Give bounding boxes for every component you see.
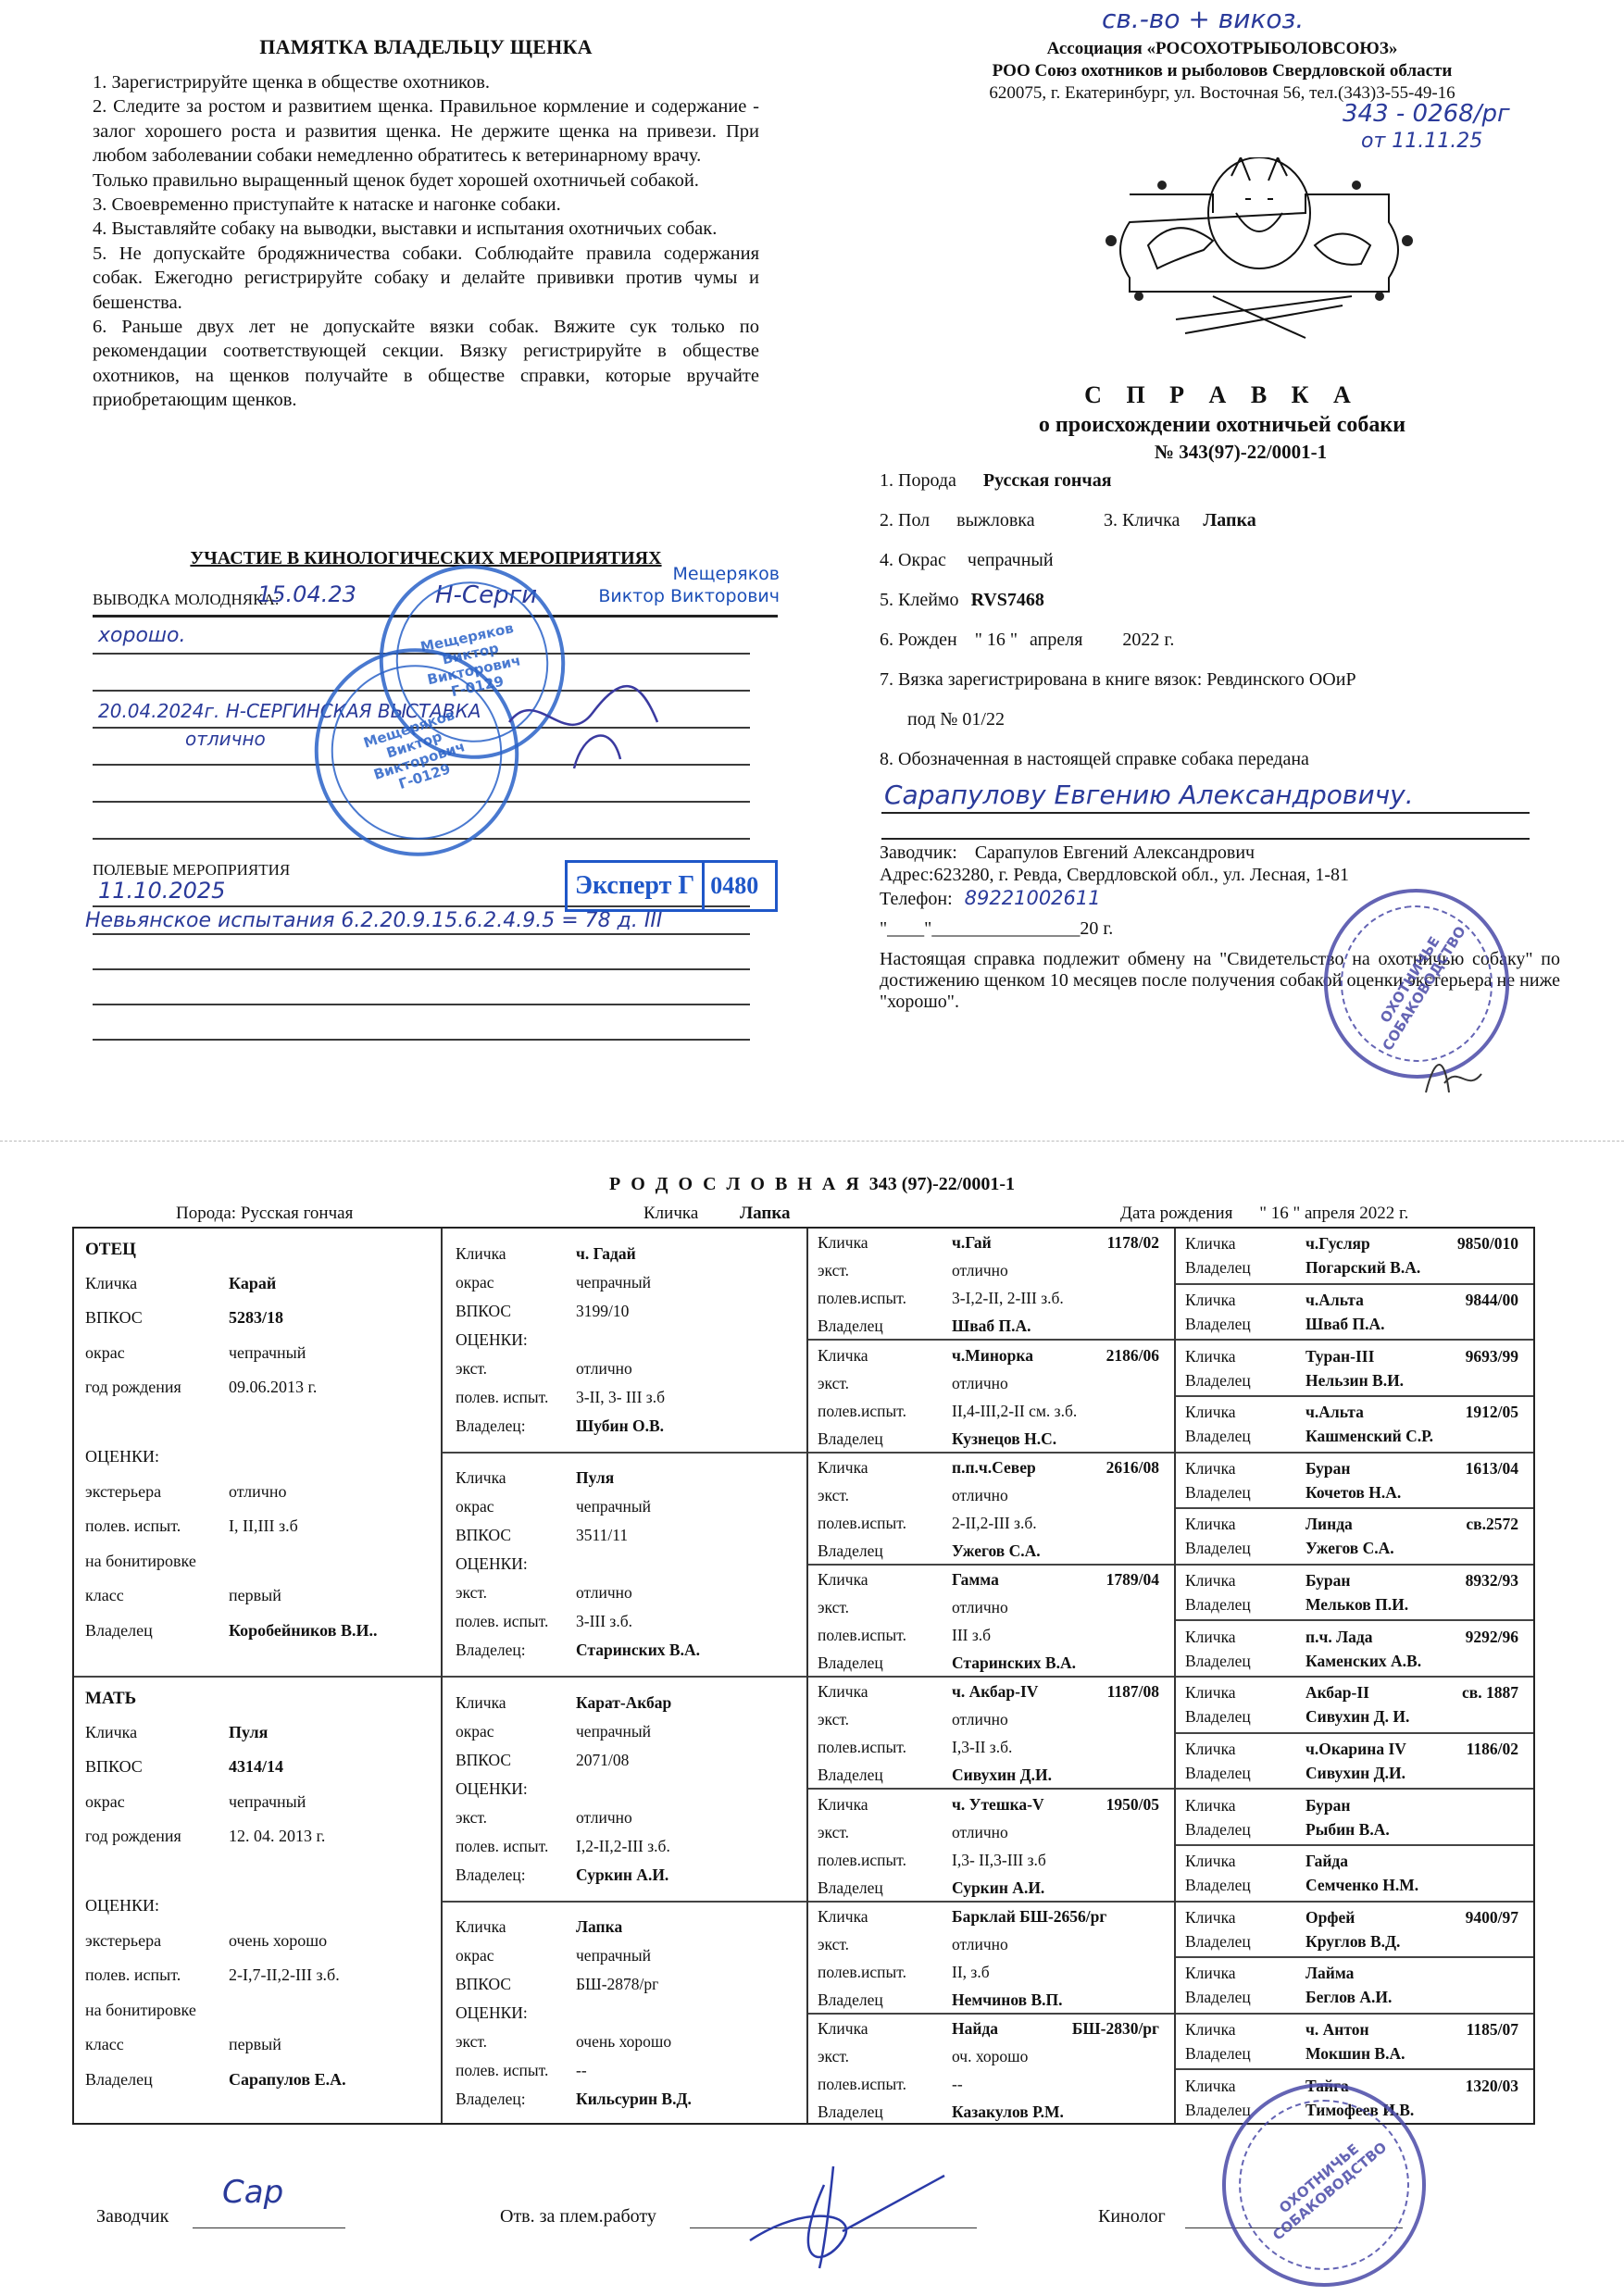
pedigree-dob: Дата рождения " 16 " апреля 2022 г. — [1120, 1204, 1408, 1224]
row-value: Немчинов В.П. — [952, 1992, 1165, 2009]
row-value: 3511/11 — [576, 1528, 793, 1544]
row-label: Владелец — [1185, 1541, 1305, 1557]
row-value: Гайда — [1305, 1853, 1518, 1870]
row-value: Кочетов Н.А. — [1305, 1485, 1524, 1502]
pedigree-row: ВладелецШваб П.А. — [1185, 1313, 1524, 1337]
row-label: Владелец — [818, 1767, 952, 1784]
row-value: Лайма — [1305, 1965, 1518, 1982]
pedigree-row: Кличкач.Окарина IV1186/02 — [1185, 1738, 1524, 1762]
row-value: I,3- II,3-III з.б — [952, 1853, 1165, 1869]
pedigree-row: окрасчепрачный — [85, 1784, 430, 1819]
row-label: Владелец — [1185, 1653, 1305, 1670]
field-label: 5. Клеймо — [880, 590, 959, 610]
row-value: Сарапулов Е.А. — [229, 2071, 430, 2088]
pedigree-table: ОТЕЦ КличкаКарайВПКОС5283/18окрасчепрачн… — [72, 1227, 1535, 2125]
row-label: Кличка — [818, 1348, 952, 1365]
parent-rows: КличкаКарайВПКОС5283/18окрасчепрачныйгод… — [85, 1266, 430, 1648]
expert-name-stamp: Мещеряков Виктор Викторович — [631, 563, 780, 607]
row-label: окрас — [85, 1344, 229, 1361]
pedigree-row: ВладелецМокшин В.А. — [1185, 2042, 1524, 2066]
pedigree-row: ВладелецСтаринских В.А. — [818, 1650, 1165, 1678]
row-label: полев.испыт. — [818, 1404, 952, 1420]
row-value: Нельзин В.И. — [1305, 1373, 1524, 1390]
row-value: первый — [229, 2036, 430, 2053]
handwritten-reg-date: от 11.11.25 — [1361, 130, 1482, 153]
pedigree-row — [85, 1853, 430, 1889]
great-great-grandparent-cell: КличкаБуранВладелецРыбин В.А. — [1176, 1790, 1533, 1846]
field-sex: 2. Пол выжловка — [880, 510, 1035, 531]
pedigree-row: ВладелецНельзин В.И. — [1185, 1368, 1524, 1392]
great-great-grandparent-cell: КличкаЛиндасв.2572ВладелецУжегов С.А. — [1176, 1509, 1533, 1566]
field-value: Сарапулов Евгений Александрович — [975, 842, 1255, 863]
great-grandparent-cell: КличкаНайдаБШ-2830/ргэкст.оч. хорошополе… — [808, 2015, 1174, 2127]
great-great-grandparent-cell: Кличкап.ч. Лада9292/96ВладелецКаменских … — [1176, 1621, 1533, 1678]
row-number: 1613/04 — [1466, 1461, 1524, 1478]
pedigree-row: полев. испыт.3-II, 3- III з.б — [456, 1383, 793, 1412]
row-value: Кузнецов Н.С. — [952, 1431, 1165, 1448]
transfer-recipient-handwritten: Сарапулову Евгению Александровичу. — [884, 780, 1414, 810]
born-day: " 16 " — [975, 630, 1018, 650]
cynologist-label: Кинолог — [1098, 2206, 1166, 2227]
row-label: окрас — [456, 1499, 576, 1516]
stamp-label: Эксперт Г — [568, 863, 705, 909]
pedigree-breed: Порода: Русская гончая — [176, 1204, 353, 1224]
row-label: полев. испыт. — [456, 2063, 576, 2079]
row-value: ч. Утешка-V — [952, 1797, 1106, 1814]
field-value: выжловка — [956, 510, 1034, 530]
row-value: чепрачный — [576, 1275, 793, 1291]
row-value: отлично — [952, 1376, 1165, 1392]
row-label: год рождения — [85, 1828, 229, 1844]
row-value: Шваб П.А. — [952, 1318, 1165, 1335]
pedigree-row: ВПКОС3199/10 — [456, 1297, 793, 1326]
row-label: Владелец — [1185, 1822, 1305, 1839]
pedigree-row: ВладелецШваб П.А. — [818, 1313, 1165, 1341]
pedigree-row: ВПКОС3511/11 — [456, 1522, 793, 1551]
row-label: Кличка — [1185, 1461, 1305, 1478]
pedigree-row: ОЦЕНКИ: — [85, 1889, 430, 1924]
row-value: I,2-II,2-III з.б. — [576, 1839, 793, 1855]
row-label: Кличка — [1185, 1798, 1305, 1815]
row-value: отлично — [952, 1488, 1165, 1504]
row-number: св.2572 — [1466, 1516, 1524, 1533]
label: Дата рождения — [1120, 1204, 1232, 1223]
row-label: экст. — [456, 1585, 576, 1602]
row-label: экст. — [818, 1825, 952, 1841]
pedigree-row: год рождения09.06.2013 г. — [85, 1370, 430, 1405]
row-value: Рыбин В.А. — [1305, 1822, 1524, 1839]
row-label: экст. — [456, 2034, 576, 2051]
row-value: отлично — [576, 1361, 793, 1378]
row-value: чепрачный — [229, 1793, 430, 1810]
row-value: БШ-2878/рг — [576, 1977, 793, 1993]
field-value: Русская гончая — [983, 470, 1112, 491]
row-number: 1950/05 — [1106, 1797, 1165, 1814]
breeder-signature: Сар — [222, 2174, 283, 2211]
row-label: Кличка — [1185, 1910, 1305, 1927]
row-number: 9400/97 — [1466, 1910, 1524, 1927]
row-label: окрас — [85, 1793, 229, 1810]
pedigree-row: год рождения12. 04. 2013 г. — [85, 1819, 430, 1854]
great-grandparent-cell: КличкаГамма1789/04экст.отличнополев.испы… — [808, 1566, 1174, 1678]
pedigree-row: ВладелецНемчинов В.П. — [818, 1987, 1165, 2015]
row-label: Владелец — [1185, 1485, 1305, 1502]
row-label: ОЦЕНКИ: — [456, 1332, 576, 1349]
field-mating: 7. Вязка зарегистрирована в книге вязок:… — [880, 669, 1356, 691]
field-value: 89221002611 — [965, 887, 1101, 909]
young-result-3: отлично — [185, 728, 266, 750]
pedigree-row: Кличкап.п.ч.Север2616/08 — [818, 1454, 1165, 1482]
pedigree-row: Кличкап.ч. Лада9292/96 — [1185, 1625, 1524, 1649]
row-number: 1178/02 — [1107, 1235, 1165, 1252]
pedigree-row: ВПКОС4314/14 — [85, 1750, 430, 1785]
pedigree-row: Кличкач. Утешка-V1950/05 — [818, 1791, 1165, 1818]
pedigree-row: КличкаЛиндасв.2572 — [1185, 1513, 1524, 1537]
row-label: Владелец — [818, 1431, 952, 1448]
pedigree-row: окрасчепрачный — [456, 1942, 793, 1971]
great-grandparents-column: Кличкач.Гай1178/02экст.отличнополев.испы… — [808, 1229, 1176, 2123]
rule — [93, 1004, 750, 1005]
certificate-subtitle: о происхождении охотничьей собаки — [870, 413, 1574, 438]
row-value: ч.Окарина IV — [1305, 1741, 1467, 1758]
org-association: Ассоциация «РОСОХОТРЫБОЛОВСОЮЗ» — [870, 39, 1574, 59]
row-label: Владелец — [85, 2071, 229, 2088]
pedigree-row: ВПКОС5283/18 — [85, 1301, 430, 1336]
row-label: ВПКОС — [85, 1309, 229, 1326]
great-great-grandparent-cell: Кличкач.Гусляр9850/010ВладелецПогарский … — [1176, 1229, 1533, 1285]
rule — [881, 812, 1530, 814]
row-value: Ужегов С.А. — [1305, 1541, 1524, 1557]
field-label: Адрес: — [880, 865, 933, 885]
field-result-handwritten: Невьянское испытания 6.2.20.9.15.6.2.4.9… — [85, 909, 662, 932]
row-label: Владелец — [818, 1655, 952, 1672]
signature-icon — [500, 667, 667, 778]
pedigree-row: окрасчепрачный — [456, 1268, 793, 1297]
row-value: Сивухин Д.И. — [952, 1767, 1165, 1784]
row-value: ч.Минорка — [952, 1348, 1106, 1365]
parents-column: ОТЕЦ КличкаКарайВПКОС5283/18окрасчепрачн… — [74, 1229, 443, 2123]
field-value: RVS7468 — [971, 590, 1044, 610]
row-label: год рождения — [85, 1379, 229, 1395]
field-mating-number: под № 01/22 — [907, 709, 1005, 730]
young-dogs-label: ВЫВОДКА МОЛОДНЯКА: — [93, 591, 279, 609]
society-round-stamp: ОХОТНИЧЬЕ СОБАКОВОДСТВО — [1222, 2083, 1426, 2287]
row-value: 3199/10 — [576, 1304, 793, 1320]
pedigree-row: экст.отлично — [456, 1579, 793, 1608]
row-number: 1187/08 — [1107, 1684, 1165, 1701]
pedigree-row: ОЦЕНКИ: — [456, 1326, 793, 1354]
row-label: полев. испыт. — [85, 1966, 229, 1983]
row-value: очень хорошо — [576, 2034, 793, 2051]
pedigree-row: КличкаГамма1789/04 — [818, 1566, 1165, 1594]
born-year: 2022 г. — [1122, 630, 1174, 650]
great-great-grandparent-cell: КличкаГайдаВладелецСемченко Н.М. — [1176, 1846, 1533, 1903]
row-label: Владелец — [1185, 1429, 1305, 1445]
pedigree-row: полев.испыт.II,4-III,2-II см. з.б. — [818, 1397, 1165, 1425]
pedigree-row: экст.оч. хорошо — [818, 2043, 1165, 2071]
pedigree-name: Кличка Лапка — [643, 1204, 791, 1224]
breeder-address: Адрес:623280, г. Ревда, Свердловской обл… — [880, 865, 1349, 886]
field-name: 3. Кличка Лапка — [1104, 510, 1256, 531]
pedigree-row: экстерьераочень хорошо — [85, 1923, 430, 1958]
row-value: Барклай БШ-2656/рг — [952, 1909, 1159, 1926]
field-label: 1. Порода — [880, 470, 956, 491]
young-result-1: хорошо. — [98, 624, 186, 647]
field-label: Телефон: — [880, 889, 953, 909]
born-month: апреля — [1030, 630, 1082, 650]
pedigree-row: ВладелецКаменских А.В. — [1185, 1649, 1524, 1673]
pedigree-row: КличкаКарай — [85, 1266, 430, 1301]
row-label: Владелец — [1185, 1316, 1305, 1333]
row-value: Гамма — [952, 1572, 1106, 1589]
pedigree-row: полев.испыт.II, з.б — [818, 1959, 1165, 1987]
pedigree-row: ВладелецРыбин В.А. — [1185, 1817, 1524, 1841]
row-number: 1789/04 — [1106, 1572, 1165, 1589]
pedigree-row: ОЦЕНКИ: — [456, 1551, 793, 1579]
row-value: ч. Антон — [1305, 2022, 1467, 2039]
row-label: полев. испыт. — [85, 1517, 229, 1534]
row-value: Туран-III — [1305, 1349, 1466, 1366]
row-label: Владелец — [1185, 1934, 1305, 1951]
pedigree-row: ВладелецКашменский С.Р. — [1185, 1425, 1524, 1449]
pedigree-row: ВладелецКруглов В.Д. — [1185, 1930, 1524, 1954]
row-label: Кличка — [818, 1797, 952, 1814]
row-label: Владелец — [1185, 2046, 1305, 2063]
pedigree-row: КличкаБуран1613/04 — [1185, 1457, 1524, 1481]
row-label: Владелец — [1185, 1373, 1305, 1390]
row-value: Ужегов С.А. — [952, 1543, 1165, 1560]
row-label: полев.испыт. — [818, 1853, 952, 1869]
row-value: Погарский В.А. — [1305, 1260, 1524, 1277]
row-value: 3-I,2-II, 2-III з.б. — [952, 1291, 1165, 1307]
pedigree-row: экст.отлично — [456, 1803, 793, 1832]
row-label: Кличка — [456, 1470, 576, 1487]
row-label: экст. — [818, 1712, 952, 1728]
row-value: 3-III з.б. — [576, 1614, 793, 1630]
pedigree-row: полев.испыт.I,3- II,3-III з.б — [818, 1846, 1165, 1874]
row-label: Кличка — [1185, 1629, 1305, 1646]
row-value: Линда — [1305, 1516, 1466, 1533]
row-value: Акбар-II — [1305, 1685, 1462, 1702]
row-value: 2071/08 — [576, 1753, 793, 1769]
pedigree-row: экст.отлично — [818, 1594, 1165, 1622]
row-value: Казакулов Р.М. — [952, 2104, 1165, 2121]
row-label: Кличка — [1185, 1292, 1305, 1309]
parent-sire: ОТЕЦ КличкаКарайВПКОС5283/18окрасчепрачн… — [74, 1229, 441, 1678]
row-label: Владелец: — [456, 1418, 576, 1435]
row-label: Кличка — [1185, 1853, 1305, 1870]
row-label: Владелец — [818, 1992, 952, 2009]
row-value: Мокшин В.А. — [1305, 2046, 1524, 2063]
row-value: отлично — [952, 1937, 1165, 1953]
row-label: Кличка — [1185, 1965, 1305, 1982]
pedigree-row: экст.отлично — [818, 1818, 1165, 1846]
memo-item: 5. Не допускайте бродяжничества собаки. … — [93, 242, 759, 315]
pedigree-row: окрасчепрачный — [456, 1717, 793, 1746]
row-value: Карай — [229, 1275, 430, 1291]
row-value: III з.б — [952, 1628, 1165, 1644]
hunting-dogs-emblem-icon — [1074, 157, 1444, 347]
breeder-signature-label: Заводчик — [96, 2206, 169, 2227]
rule — [881, 838, 1530, 840]
row-label: ОЦЕНКИ: — [456, 2005, 576, 2022]
great-great-grandparent-cell: КличкаТуран-III9693/99ВладелецНельзин В.… — [1176, 1341, 1533, 1397]
pedigree-row: Владелец:Шубин О.В. — [456, 1412, 793, 1441]
pedigree-row: Кличкач. Акбар-IV1187/08 — [818, 1678, 1165, 1706]
memo-item: 2. Следите за ростом и развитием щенка. … — [93, 94, 759, 168]
row-value: отлично — [952, 1600, 1165, 1616]
row-value: Старинских В.А. — [576, 1642, 793, 1659]
row-value: оч. хорошо — [952, 2049, 1165, 2065]
pedigree-row: класспервый — [85, 2028, 430, 2063]
row-label: экст. — [456, 1361, 576, 1378]
pedigree-row: полев.испыт.-- — [818, 2071, 1165, 2099]
row-label: Кличка — [85, 1275, 229, 1291]
pedigree-row: КличкаАкбар-IIсв. 1887 — [1185, 1681, 1524, 1705]
row-value: ч.Альта — [1305, 1404, 1466, 1421]
page-divider — [0, 1141, 1624, 1142]
row-label: экст. — [818, 2049, 952, 2065]
row-value: 2-I,7-II,2-III з.б. — [229, 1966, 430, 1983]
field-label: 3. Кличка — [1104, 510, 1180, 530]
pedigree-row: КличкаОрфей9400/97 — [1185, 1906, 1524, 1930]
pedigree-row: КличкаЛайма — [1185, 1962, 1524, 1986]
great-grandparent-cell: Кличкач. Акбар-IV1187/08экст.отличнополе… — [808, 1678, 1174, 1790]
row-label: экст. — [818, 1376, 952, 1392]
row-label: ОЦЕНКИ: — [456, 1556, 576, 1573]
pedigree-row: экст.отлично — [818, 1257, 1165, 1285]
field-transfer: 8. Обозначенная в настоящей справке соба… — [880, 749, 1309, 770]
pedigree-row: ВладелецМельков П.И. — [1185, 1593, 1524, 1617]
row-label: Кличка — [818, 1572, 952, 1589]
memo-body: 1. Зарегистрируйте щенка в обществе охот… — [93, 70, 759, 413]
pedigree-row: ВладелецБеглов А.И. — [1185, 1986, 1524, 2010]
memo-item: Только правильно выращенный щенок будет … — [93, 168, 759, 193]
row-value: ч. Акбар-IV — [952, 1684, 1107, 1701]
row-label: Владелец — [1185, 1597, 1305, 1614]
row-value: II,4-III,2-II см. з.б. — [952, 1404, 1165, 1420]
parent-role: ОТЕЦ — [85, 1234, 430, 1266]
field-label: 6. Рожден — [880, 630, 957, 650]
pedigree-row: полев.испыт.2-II,2-III з.б. — [818, 1510, 1165, 1538]
memo-item: 1. Зарегистрируйте щенка в обществе охот… — [93, 70, 759, 94]
handwritten-note-top: св.-во + викоз. — [1102, 4, 1304, 34]
row-label: экст. — [456, 1810, 576, 1827]
pedigree-row: ВладелецКазакулов Р.М. — [818, 2099, 1165, 2127]
row-value: первый — [229, 1587, 430, 1603]
expert-rect-stamp: Эксперт Г 0480 — [565, 860, 778, 912]
row-label: Кличка — [1185, 2022, 1305, 2039]
row-value: Орфей — [1305, 1910, 1466, 1927]
row-value: отлично — [952, 1712, 1165, 1728]
pedigree-row: ВладелецСивухин Д. И. — [1185, 1705, 1524, 1729]
row-value: 4314/14 — [229, 1758, 430, 1775]
row-label: Кличка — [456, 1919, 576, 1936]
pedigree-row — [85, 1404, 430, 1440]
row-label: окрас — [456, 1948, 576, 1965]
expert-given-names: Виктор Викторович — [576, 585, 780, 607]
field-label: 2. Пол — [880, 510, 930, 530]
row-label: Кличка — [456, 1246, 576, 1263]
field-value: чепрачный — [968, 550, 1054, 570]
pedigree-row: Кличкач.Гусляр9850/010 — [1185, 1232, 1524, 1256]
row-value: очень хорошо — [229, 1932, 430, 1949]
certificate-title: С П Р А В К А — [870, 381, 1574, 409]
field-born: 6. Рожден " 16 " апреля 2022 г. — [880, 630, 1174, 651]
row-value: Пуля — [229, 1724, 430, 1741]
row-value: Круглов В.Д. — [1305, 1934, 1524, 1951]
row-value: п.п.ч.Север — [952, 1460, 1106, 1477]
pedigree-row: ВладелецУжегов С.А. — [818, 1538, 1165, 1566]
row-value: п.ч. Лада — [1305, 1629, 1466, 1646]
pedigree-row: полев. испыт.2-I,7-II,2-III з.б. — [85, 1958, 430, 1993]
row-label: Владелец — [1185, 1766, 1305, 1782]
row-value: Сивухин Д.И. — [1305, 1766, 1524, 1782]
signature-icon — [1417, 1046, 1491, 1102]
great-great-grandparent-cell: КличкаБуран1613/04ВладелецКочетов Н.А. — [1176, 1454, 1533, 1510]
pedigree-row: Кличкач. Гадай — [456, 1240, 793, 1268]
row-label: Кличка — [1185, 1685, 1305, 1702]
row-value: Буран — [1305, 1461, 1466, 1478]
pedigree-row: окрасчепрачный — [456, 1493, 793, 1522]
row-value: Сивухин Д. И. — [1305, 1709, 1524, 1726]
row-label: ОЦЕНКИ: — [85, 1448, 229, 1465]
row-label: Владелец — [1185, 1990, 1305, 2006]
row-value: Шваб П.А. — [1305, 1316, 1524, 1333]
signature-line — [193, 2227, 345, 2228]
field-label: 4. Окрас — [880, 550, 946, 570]
pedigree-row: ОЦЕНКИ: — [85, 1440, 430, 1475]
great-grandparent-cell: КличкаБарклай БШ-2656/ргэкст.отличнополе… — [808, 1903, 1174, 2015]
row-label: полев. испыт. — [456, 1390, 576, 1406]
row-value: отлично — [576, 1585, 793, 1602]
row-number: 1186/02 — [1467, 1741, 1524, 1758]
row-value: чепрачный — [229, 1344, 430, 1361]
pedigree-row: полев.испыт.I,3-II з.б. — [818, 1734, 1165, 1762]
row-label: полев.испыт. — [818, 1740, 952, 1756]
breeder-phone: Телефон: 89221002611 — [880, 887, 1101, 910]
row-label: экст. — [818, 1600, 952, 1616]
row-label: ВПКОС — [456, 1304, 576, 1320]
row-value: 09.06.2013 г. — [229, 1379, 430, 1395]
row-number: 9693/99 — [1466, 1349, 1524, 1366]
row-label: окрас — [456, 1275, 576, 1291]
pedigree-row: экст.отлично — [818, 1482, 1165, 1510]
row-value: Кашменский С.Р. — [1305, 1429, 1524, 1445]
row-value: Буран — [1305, 1573, 1466, 1590]
row-label: полев.испыт. — [818, 1628, 952, 1644]
row-label: Кличка — [456, 1695, 576, 1712]
field-value: Лапка — [1203, 510, 1255, 530]
row-label: Кличка — [1185, 1516, 1305, 1533]
great-great-grandparent-cell: КличкаБуран8932/93ВладелецМельков П.И. — [1176, 1566, 1533, 1622]
pedigree-row: ВладелецКузнецов Н.С. — [818, 1425, 1165, 1453]
row-label: экст. — [818, 1488, 952, 1504]
pedigree-row: Кличкач.Гай1178/02 — [818, 1229, 1165, 1257]
great-great-grandparent-cell: КличкаАкбар-IIсв. 1887ВладелецСивухин Д.… — [1176, 1678, 1533, 1734]
field-date-handwritten: 11.10.2025 — [98, 878, 225, 904]
row-value: чепрачный — [576, 1499, 793, 1516]
great-grandparent-cell: Кличкап.п.ч.Север2616/08экст.отличнополе… — [808, 1454, 1174, 1566]
pedigree-row: полев.испыт.III з.б — [818, 1622, 1165, 1650]
great-grandparent-cell: Кличкач.Минорка2186/06экст.отличнополев.… — [808, 1341, 1174, 1453]
row-value: отлично — [229, 1483, 430, 1500]
row-label: экст. — [818, 1263, 952, 1279]
grandparent-cell: Кличкач. ГадайокрасчепрачныйВПКОС3199/10… — [443, 1229, 806, 1454]
field-color: 4. Окрас чепрачный — [880, 550, 1054, 571]
memo-item: 3. Своевременно приступайте к натаске и … — [93, 193, 759, 217]
row-value: Каменских А.В. — [1305, 1653, 1524, 1670]
